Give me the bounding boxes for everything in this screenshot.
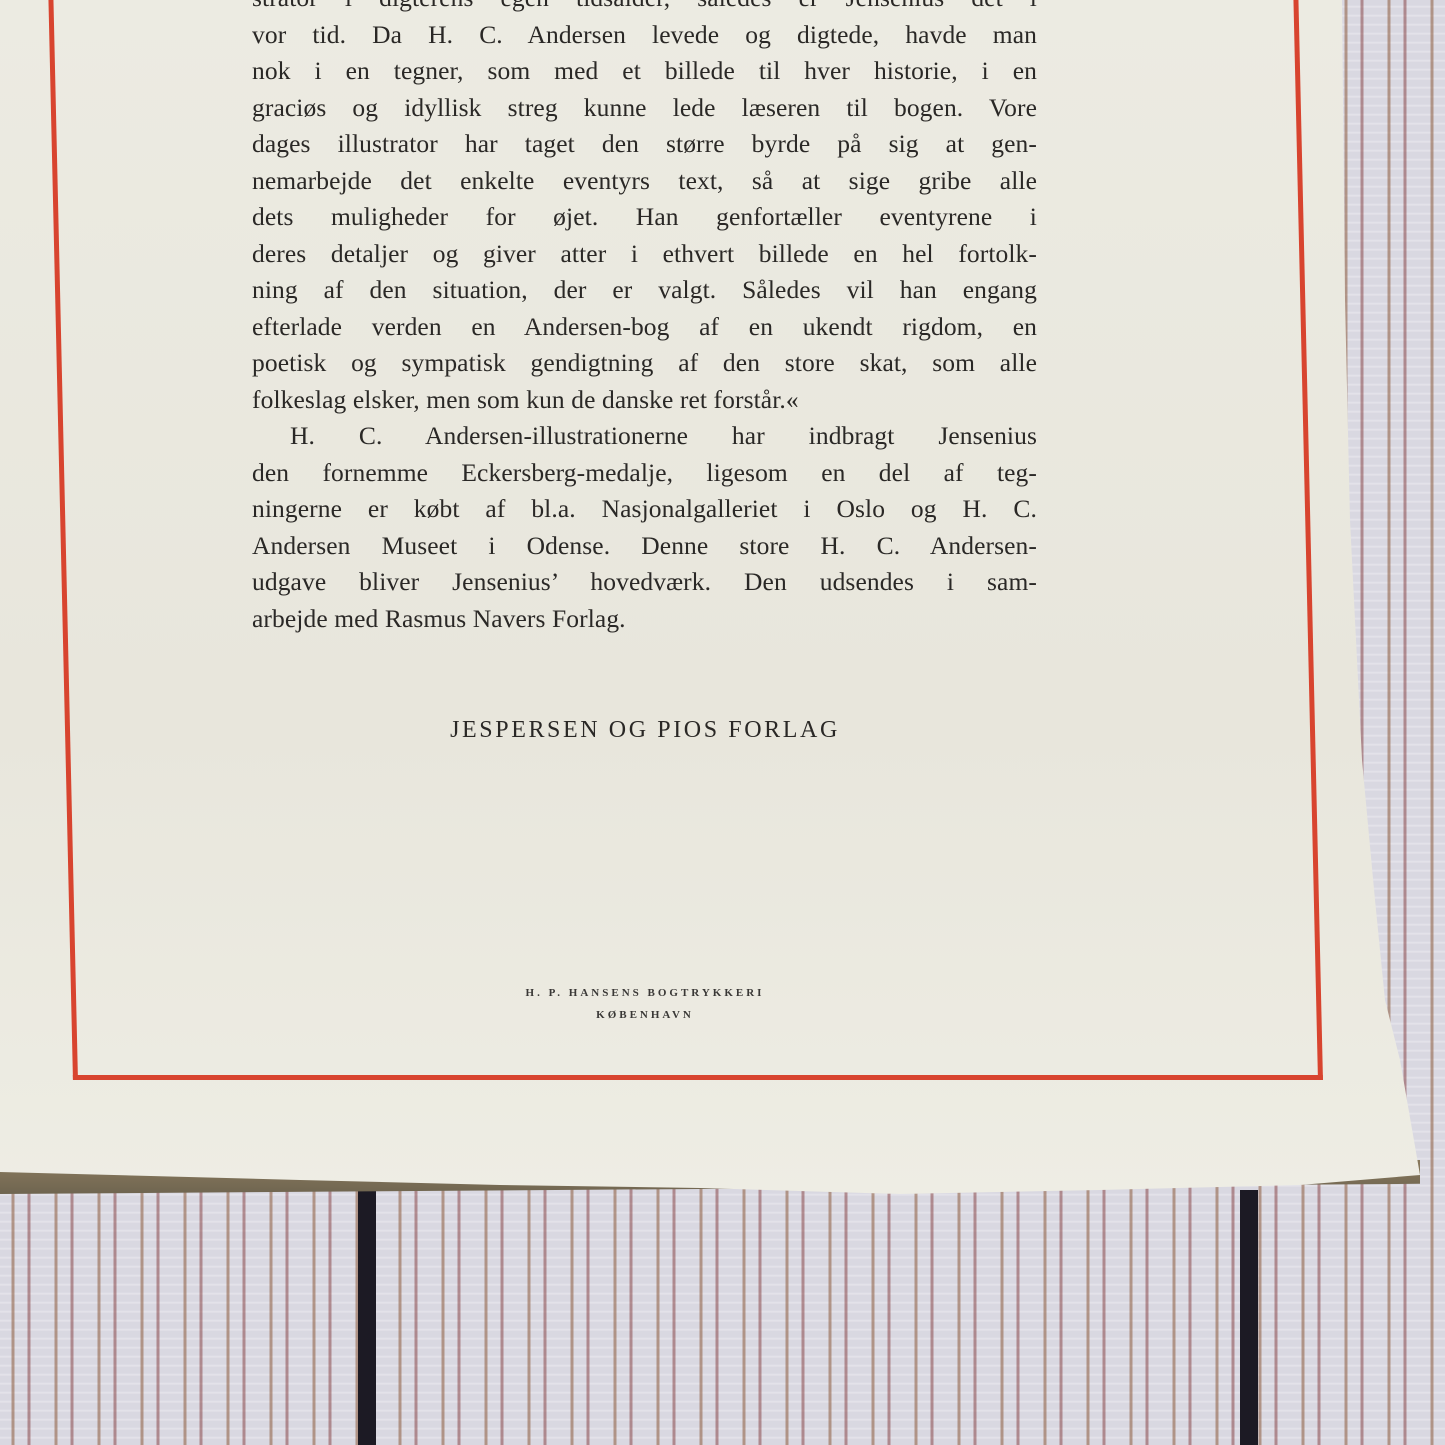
text-line: den fornemme Eckersberg-medalje, ligesom…	[252, 455, 1037, 492]
text-line: Andersen Museet i Odense. Denne store H.…	[252, 528, 1037, 565]
text-line: folkeslag elsker, men som kun de danske …	[252, 382, 1037, 419]
text-line: vor tid. Da H. C. Andersen levede og dig…	[252, 17, 1037, 54]
body-text: strator i digterens egen tidsalder, såle…	[252, 0, 1037, 637]
text-line: nemarbejde det enkelte eventyrs text, så…	[252, 163, 1037, 200]
plank-gap	[358, 1190, 376, 1445]
text-line: ning af den situation, der er valgt. Sål…	[252, 272, 1037, 309]
text-line: strator i digterens egen tidsalder, såle…	[252, 0, 1037, 17]
text-line: graciøs og idyllisk streg kunne lede læs…	[252, 90, 1037, 127]
closing-paragraph: H. C. Andersen-illustrationerne har indb…	[252, 418, 1037, 637]
text-line: poetisk og sympatisk gendigtning af den …	[252, 345, 1037, 382]
text-line: udgave bliver Jensenius’ hovedværk. Den …	[252, 564, 1037, 601]
text-line: arbejde med Rasmus Navers Forlag.	[252, 601, 1037, 638]
text-line: nok i en tegner, som med et billede til …	[252, 53, 1037, 90]
publisher-imprint: JESPERSEN OG PIOS FORLAG	[0, 717, 1290, 744]
printer-name: H. P. HANSENS BOGTRYKKERI	[0, 987, 1290, 999]
text-line: H. C. Andersen-illustrationerne har indb…	[252, 418, 1037, 455]
text-line: ningerne er købt af bl.a. Nasjonalgaller…	[252, 491, 1037, 528]
text-line: deres detaljer og giver atter i ethvert …	[252, 236, 1037, 273]
printer-city: KØBENHAVN	[0, 1009, 1290, 1021]
text-line: efterlade verden en Andersen-bog af en u…	[252, 309, 1037, 346]
quote-paragraph: strator i digterens egen tidsalder, såle…	[252, 0, 1037, 418]
plank-gap	[1240, 1190, 1258, 1445]
text-line: dages illustrator har taget den større b…	[252, 126, 1037, 163]
text-line: dets muligheder for øjet. Han genfortæll…	[252, 199, 1037, 236]
paper-page: strator i digterens egen tidsalder, såle…	[0, 0, 1430, 1200]
